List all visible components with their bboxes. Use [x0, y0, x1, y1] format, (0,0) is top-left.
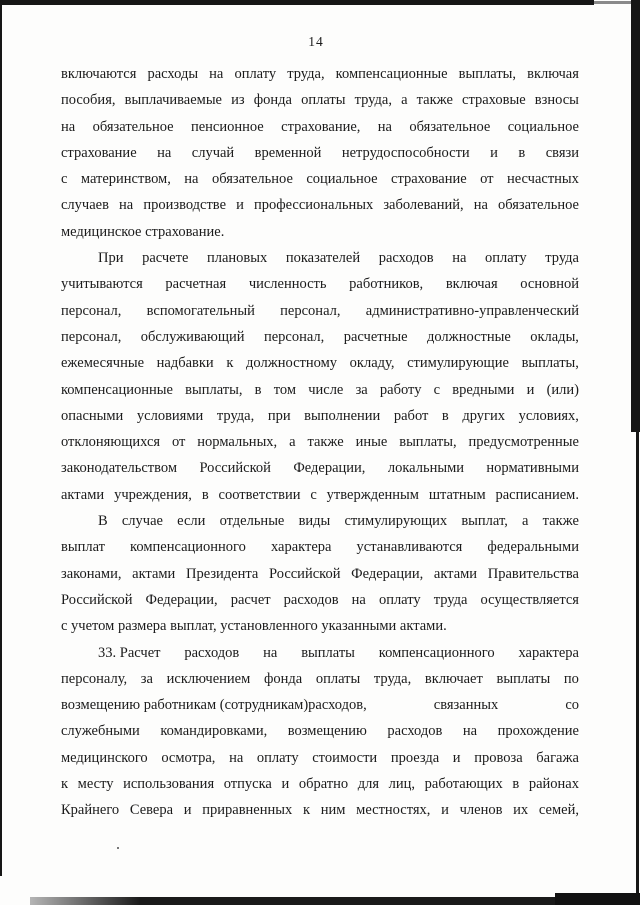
text-line: наобязательноепенсионноестрахование,наоб… — [61, 114, 579, 140]
text-line: ежемесячныенадбавкикдолжностномуокладу,с… — [61, 350, 579, 376]
scan-speckle — [117, 847, 119, 849]
text-line: пособия,выплачиваемыеизфондаоплатытруда,… — [61, 87, 579, 113]
text-line: 33. Расчетрасходовнавыплатыкомпенсационн… — [61, 640, 579, 666]
text-line: Прирасчетеплановыхпоказателейрасходовнао… — [61, 245, 579, 271]
page-number: 14 — [0, 34, 632, 50]
text-line: медицинскогоосмотра,наоплатустоимостипро… — [61, 745, 579, 771]
text-line: учитываютсярасчетнаячисленностьработнико… — [61, 271, 579, 297]
text-line: страхованиенаслучайвременнойнетрудоспосо… — [61, 140, 579, 166]
scan-edge-bottom-right — [555, 893, 640, 905]
text-line: кместуиспользованияотпускаиобратнодлялиц… — [61, 771, 579, 797]
text-line: медицинское страхование. — [61, 219, 579, 245]
text-line: сматеринством,наобязательноесоциальноест… — [61, 166, 579, 192]
text-line: случаевнапроизводствеипрофессиональныхза… — [61, 192, 579, 218]
scan-edge-right-lower — [636, 430, 639, 905]
text-line: РоссийскойФедерации,расчетрасходовнаопла… — [61, 587, 579, 613]
paragraph: 33. Расчетрасходовнавыплатыкомпенсационн… — [61, 640, 579, 824]
text-line: включаютсярасходынаоплатутруда,компенсац… — [61, 61, 579, 87]
text-line: выплаткомпенсационногохарактераустанавли… — [61, 534, 579, 560]
paragraph: включаютсярасходынаоплатутруда,компенсац… — [61, 61, 579, 245]
text-line: персоналу,заисключениемфондаоплатытруда,… — [61, 666, 579, 692]
text-line: опаснымиусловиямитруда,привыполнениирабо… — [61, 403, 579, 429]
text-line: Вслучаееслиотдельныевидыстимулирующихвып… — [61, 508, 579, 534]
text-line: служебнымикомандировками,возмещениюрасхо… — [61, 718, 579, 744]
text-line: персонал,вспомогательныйперсонал,админис… — [61, 298, 579, 324]
text-line: с учетом размера выплат, установленного … — [61, 613, 579, 639]
text-line: законами,актамиПрезидентаРоссийскойФедер… — [61, 561, 579, 587]
text-line: персонал,обслуживающийперсонал,расчетные… — [61, 324, 579, 350]
paragraph: Прирасчетеплановыхпоказателейрасходовнао… — [61, 245, 579, 508]
scan-edge-bottom — [30, 897, 640, 905]
text-line: компенсационныевыплаты,втомчислезаработу… — [61, 377, 579, 403]
scan-edge-right-upper — [631, 0, 640, 432]
text-line: актамиучреждения,всоответствиисутвержден… — [61, 482, 579, 508]
text-line: отклоняющихсяотнормальных,атакжеиныевыпл… — [61, 429, 579, 455]
text-line: законодательствомРоссийскойФедерации,лок… — [61, 455, 579, 481]
paragraph: Вслучаееслиотдельныевидыстимулирующихвып… — [61, 508, 579, 639]
scan-edge-top — [0, 0, 594, 5]
text-line: КрайнегоСевераиприравненныхкнимместностя… — [61, 797, 579, 823]
text-line: возмещению работникам (сотрудникам)расхо… — [61, 692, 579, 718]
document-body: включаютсярасходынаоплатутруда,компенсац… — [61, 61, 579, 824]
scan-edge-left — [0, 0, 2, 876]
